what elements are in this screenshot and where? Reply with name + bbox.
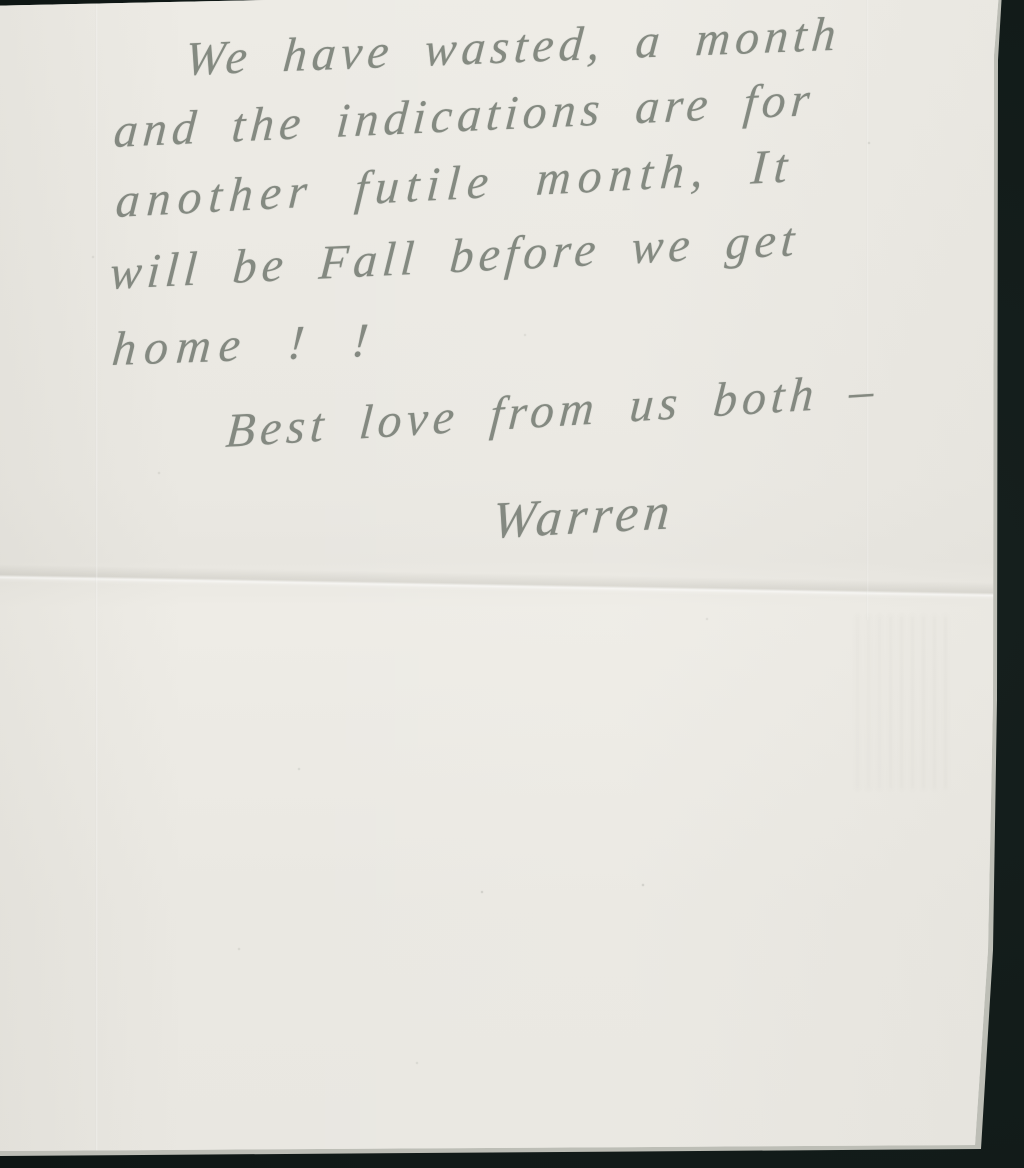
handwriting-line-4: will be Fall before we get: [108, 212, 801, 301]
handwriting-line-5: home ! !: [110, 313, 379, 377]
handwriting-closing-line: Best love from us both –: [224, 363, 880, 459]
handwriting-block: We have wasted, a month and the indicati…: [0, 0, 1024, 1168]
handwriting-signature: Warren: [490, 482, 677, 551]
letter-scan: We have wasted, a month and the indicati…: [0, 0, 1024, 1168]
letter-page: We have wasted, a month and the indicati…: [0, 0, 1024, 1168]
paper-specks: [0, 0, 2, 2]
